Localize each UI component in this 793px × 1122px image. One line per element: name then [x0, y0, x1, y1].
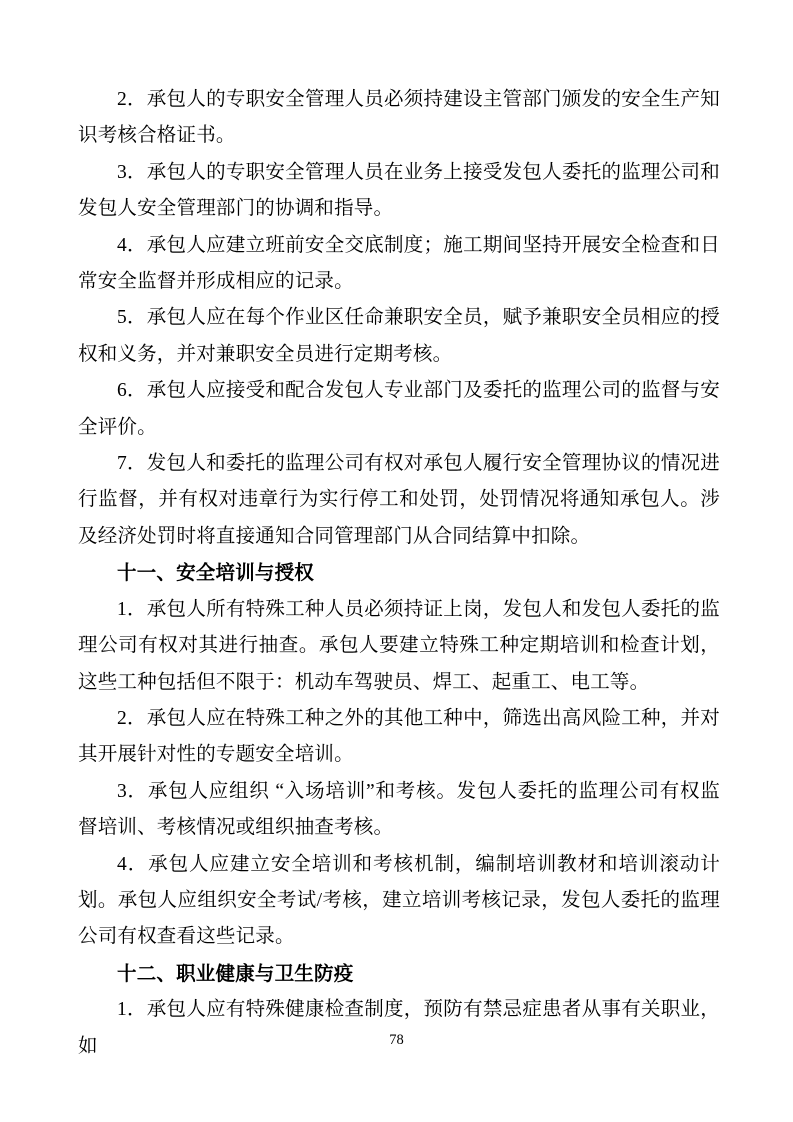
paragraph-item-5: 5．承包人应在每个作业区任命兼职安全员，赋予兼职安全员相应的授权和义务，并对兼职…	[78, 300, 720, 373]
section-heading-11: 十一、安全培训与授权	[78, 555, 720, 591]
page-number: 78	[0, 1032, 793, 1049]
paragraph-sec11-item-3: 3．承包人应组织 “入场培训”和考核。发包人委托的监理公司有权监督培训、考核情况…	[78, 774, 720, 847]
document-body: 2．承包人的专职安全管理人员必须持建设主管部门颁发的安全生产知识考核合格证书。 …	[78, 82, 720, 1065]
paragraph-sec11-item-1: 1．承包人所有特殊工种人员必须持证上岗，发包人和发包人委托的监理公司有权对其进行…	[78, 592, 720, 701]
paragraph-sec11-item-2: 2．承包人应在特殊工种之外的其他工种中，筛选出高风险工种，并对其开展针对性的专题…	[78, 701, 720, 774]
paragraph-item-6: 6．承包人应接受和配合发包人专业部门及委托的监理公司的监督与安全评价。	[78, 373, 720, 446]
paragraph-sec11-item-4: 4．承包人应建立安全培训和考核机制，编制培训教材和培训滚动计划。承包人应组织安全…	[78, 847, 720, 956]
paragraph-item-7: 7．发包人和委托的监理公司有权对承包人履行安全管理协议的情况进行监督，并有权对违…	[78, 446, 720, 555]
paragraph-item-2: 2．承包人的专职安全管理人员必须持建设主管部门颁发的安全生产知识考核合格证书。	[78, 82, 720, 155]
paragraph-item-3: 3．承包人的专职安全管理人员在业务上接受发包人委托的监理公司和发包人安全管理部门…	[78, 155, 720, 228]
section-heading-12: 十二、职业健康与卫生防疫	[78, 956, 720, 992]
paragraph-item-4: 4．承包人应建立班前安全交底制度；施工期间坚持开展安全检查和日常安全监督并形成相…	[78, 228, 720, 301]
document-page: 2．承包人的专职安全管理人员必须持建设主管部门颁发的安全生产知识考核合格证书。 …	[0, 0, 793, 1122]
paragraph-sec12-item-1: 1．承包人应有特殊健康检查制度，预防有禁忌症患者从事有关职业，如	[78, 992, 720, 1065]
